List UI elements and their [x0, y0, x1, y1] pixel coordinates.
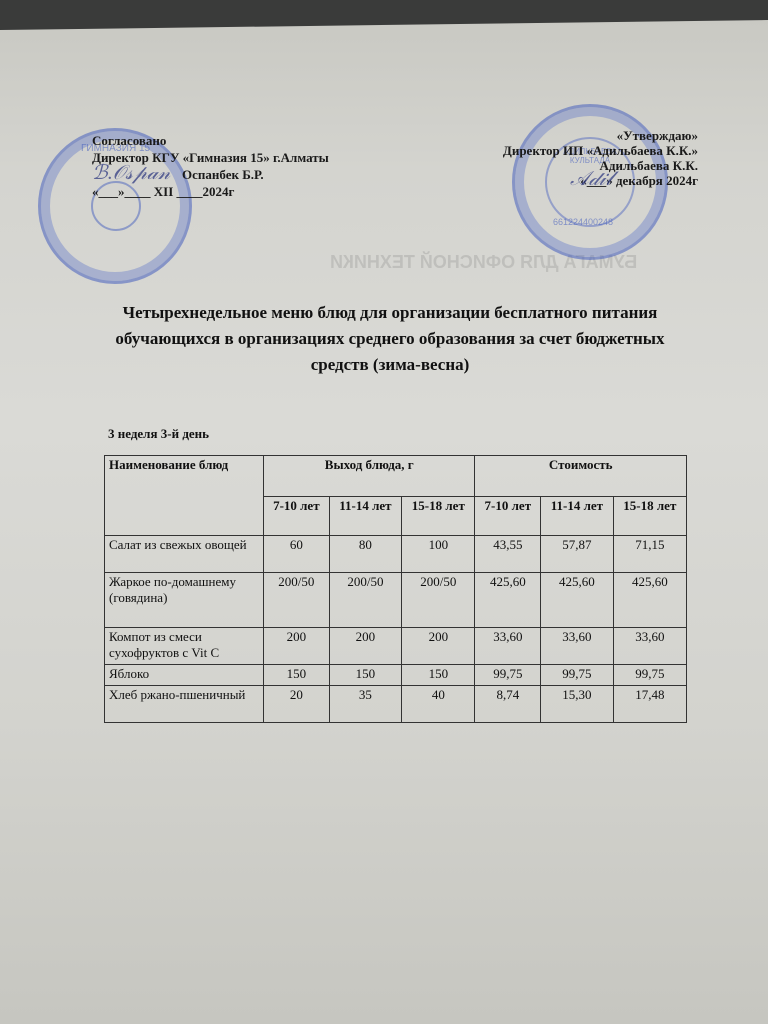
header-age: 11-14 лет: [329, 497, 401, 536]
cell: 200: [329, 628, 401, 665]
header-age: 11-14 лет: [541, 497, 613, 536]
cell: 425,60: [475, 573, 541, 628]
cell: 40: [402, 686, 475, 723]
header-age: 15-18 лет: [613, 497, 686, 536]
header-dish-name: Наименование блюд: [105, 456, 264, 536]
cell: 35: [329, 686, 401, 723]
cell: 57,87: [541, 536, 613, 573]
dish-name: Жаркое по-домашнему (говядина): [105, 573, 264, 628]
cell: 99,75: [475, 665, 541, 686]
cell: 20: [264, 686, 330, 723]
header-age: 15-18 лет: [402, 497, 475, 536]
cell: 150: [329, 665, 401, 686]
dish-name: Салат из свежых овощей: [105, 536, 264, 573]
cell: 150: [264, 665, 330, 686]
table-header-row: Наименование блюд Выход блюда, г Стоимос…: [105, 456, 687, 497]
cell: 200: [402, 628, 475, 665]
cell: 60: [264, 536, 330, 573]
stamp-right-number: 661224400248: [553, 217, 613, 227]
cell: 200/50: [402, 573, 475, 628]
menu-day: 3 неделя 3-й день: [108, 426, 209, 442]
cell: 43,55: [475, 536, 541, 573]
agreed-date: «___»____ XII ____2024г: [92, 183, 329, 200]
approve-position: Директор ИП «Адильбаева К.К.»: [503, 143, 698, 158]
table-row: Хлеб ржано-пшеничный 20 35 40 8,74 15,30…: [105, 686, 687, 723]
header-cost: Стоимость: [475, 456, 687, 497]
header-age: 7-10 лет: [264, 497, 330, 536]
cell: 425,60: [613, 573, 686, 628]
menu-table: Наименование блюд Выход блюда, г Стоимос…: [104, 455, 687, 723]
dish-name: Компот из смеси сухофруктов с Vit C: [105, 628, 264, 665]
header-age: 7-10 лет: [475, 497, 541, 536]
cell: 33,60: [475, 628, 541, 665]
cell: 15,30: [541, 686, 613, 723]
table-row: Компот из смеси сухофруктов с Vit C 200 …: [105, 628, 687, 665]
table-row: Яблоко 150 150 150 99,75 99,75 99,75: [105, 665, 687, 686]
cell: 33,60: [541, 628, 613, 665]
agreed-label: Согласовано: [92, 132, 329, 149]
cell: 100: [402, 536, 475, 573]
cell: 200/50: [264, 573, 330, 628]
table-row: Жаркое по-домашнему (говядина) 200/50 20…: [105, 573, 687, 628]
dish-name: Яблоко: [105, 665, 264, 686]
dish-name: Хлеб ржано-пшеничный: [105, 686, 264, 723]
approve-label: «Утверждаю»: [503, 128, 698, 143]
cell: 8,74: [475, 686, 541, 723]
cell: 33,60: [613, 628, 686, 665]
cell: 99,75: [541, 665, 613, 686]
document-title: Четырехнедельное меню блюд для организац…: [90, 300, 690, 378]
table-row: Салат из свежых овощей 60 80 100 43,55 5…: [105, 536, 687, 573]
cell: 150: [402, 665, 475, 686]
signature-right: 𝒜𝒹𝒾𝓁: [570, 168, 612, 191]
cell: 200: [264, 628, 330, 665]
cell: 200/50: [329, 573, 401, 628]
cell: 425,60: [541, 573, 613, 628]
cell: 80: [329, 536, 401, 573]
cell: 17,48: [613, 686, 686, 723]
signature-left: ℬ.𝒪𝓈𝓅𝒶𝓃: [92, 160, 170, 185]
header-output: Выход блюда, г: [264, 456, 475, 497]
cell: 71,15: [613, 536, 686, 573]
cell: 99,75: [613, 665, 686, 686]
